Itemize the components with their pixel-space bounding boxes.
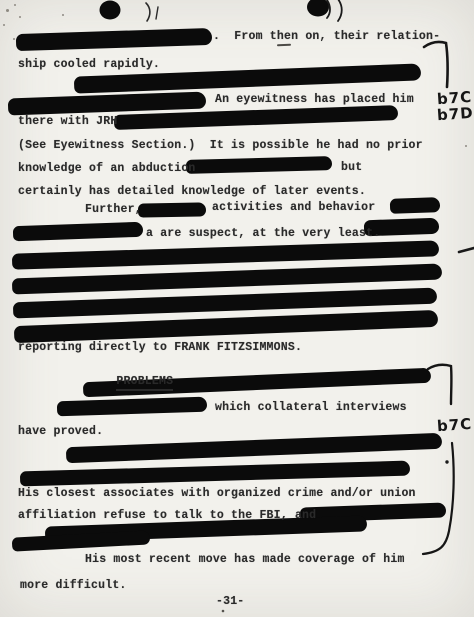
typed-line: which collateral interviews <box>215 400 407 415</box>
stray-pen-mark <box>338 0 342 21</box>
stray-period-mark <box>445 460 448 463</box>
redaction-bar <box>20 461 410 487</box>
stray-pen-mark <box>146 3 150 21</box>
stray-pen-mark <box>156 7 158 19</box>
typed-line: knowledge of an abduction <box>18 161 196 176</box>
redaction-bar <box>186 156 332 174</box>
typed-line: His most recent move has made coverage o… <box>85 552 405 567</box>
section-heading: PROBLEMS <box>88 359 173 404</box>
scan-speck <box>13 38 15 40</box>
typed-line: but <box>341 160 362 175</box>
typed-line: Further, <box>85 202 142 217</box>
stray-pen-mark <box>327 0 330 18</box>
typed-line: affiliation refuse to talk to the FBI, a… <box>18 508 316 523</box>
redaction-bar <box>138 202 206 217</box>
section-heading-text: PROBLEMS <box>116 375 173 391</box>
scan-smudge <box>277 44 291 46</box>
typed-line: activities and behavior <box>212 200 375 215</box>
page-number: -31- <box>216 594 244 609</box>
classification-code: b7C <box>436 415 472 435</box>
redaction-bar <box>16 28 212 51</box>
scan-speck <box>19 16 21 18</box>
scan-speck <box>14 4 16 6</box>
redaction-bar <box>13 222 143 242</box>
redaction-bar <box>12 530 151 551</box>
stray-dash-mark <box>459 248 474 252</box>
classification-code: b7D <box>436 104 474 125</box>
typed-line: more difficult. <box>20 578 127 593</box>
typed-line: have proved. <box>18 424 103 439</box>
typed-line: reporting directly to FRANK FITZSIMMONS. <box>18 340 302 355</box>
handwritten-bracket <box>423 443 454 554</box>
typed-line: (See Eyewitness Section.) It is possible… <box>18 138 423 153</box>
scan-speck <box>222 610 225 613</box>
scan-speck <box>3 24 5 26</box>
handwritten-bracket <box>428 365 451 404</box>
typed-line: . From then on, their relation- <box>213 29 440 44</box>
handwritten-bracket <box>424 42 448 87</box>
typed-line: certainly has detailed knowledge of late… <box>18 184 366 199</box>
typed-line: An eyewitness has placed him <box>215 92 414 107</box>
typed-line: a are suspect, at the very least. <box>146 226 380 241</box>
typed-line: there with JRH <box>18 114 117 129</box>
typed-line: His closest associates with organized cr… <box>18 486 416 501</box>
punch-hole-icon <box>307 0 329 17</box>
redaction-bar <box>390 197 440 214</box>
punch-hole-icon <box>100 1 121 20</box>
scan-speck <box>465 145 467 147</box>
scanned-document-page: . From then on, their relation- ship coo… <box>0 0 474 617</box>
scan-speck <box>6 9 9 12</box>
redaction-bar <box>66 433 442 463</box>
scan-speck <box>62 14 64 16</box>
typed-line: ship cooled rapidly. <box>18 57 160 72</box>
